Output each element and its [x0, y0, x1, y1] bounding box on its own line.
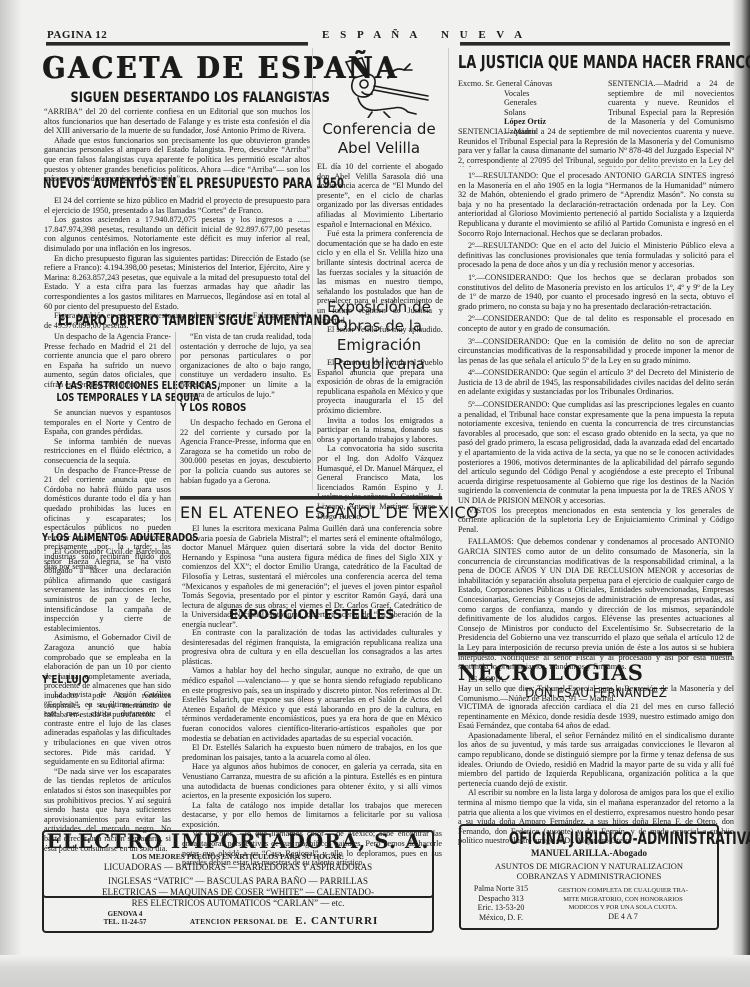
ad-oficina-title: OFICINA JURIDICO-ADMINISTRATIVA	[509, 829, 750, 849]
headline-restricciones: Y LAS RESTRICCIONES ELECTRICAS, LOS TEMP…	[42, 380, 174, 404]
headline-velilla: Conferencia de Abel Velilla	[318, 120, 440, 158]
ad-oficina-title-wrap: OFICINA JURIDICO-ADMINISTRATIVA	[461, 829, 717, 849]
ad-oficina-lawyer: MANUEL ARILLA.-Abogado	[461, 848, 717, 859]
caricature-illustration	[332, 56, 432, 118]
ad-electro-canturri: E. CANTURRI	[295, 915, 378, 927]
ad-oficina-address: Palma Norte 315 Despacho 313 Eric. 13-53…	[467, 884, 535, 922]
page-edge-left	[0, 0, 22, 987]
headline-paro: EL PARO OBRERO TAMBIEN SIGUE AUMENTANDO	[58, 313, 318, 329]
ad-electro-address: GENOVA 4 TEL. 11-24-57	[90, 910, 160, 926]
headline-lujo: Y EL LUJO	[42, 673, 101, 686]
article-robos: Un despacho fechado en Gerona el 22 del …	[180, 418, 311, 485]
necrologias-rule	[458, 652, 732, 656]
header-rule-right	[460, 42, 730, 46]
gaceta-title: GACETA DE ESPAÑA	[42, 51, 312, 86]
column-divider	[175, 332, 176, 522]
column-divider	[448, 48, 449, 818]
ateneo-rule	[180, 496, 442, 500]
headline-desertando: SIGUEN DESERTANDO LOS FALANGISTAS	[42, 89, 310, 107]
headline-justicia: LA JUSTICIA QUE MANDA HACER FRANCO	[458, 52, 738, 73]
headline-ateneo: EN EL ATENEO ESPAÑOL DE MEXICO	[180, 503, 444, 522]
headline-estelles: EXPOSICION ESTELLES	[180, 608, 444, 623]
ad-oficina-juridica: OFICINA JURIDICO-ADMINISTRATIVA MANUEL A…	[459, 824, 719, 930]
article-desertando: “ARRIBA” del 20 del corriente confiesa e…	[44, 107, 310, 184]
headline-necrologias: NECROLOGIAS	[458, 660, 643, 685]
page-number: PAGINA 12	[47, 29, 107, 41]
masthead: E S P A Ñ A N U E V A	[322, 29, 526, 41]
ad-oficina-offer: GESTION COMPLETA DE CUALQUIER TRA- MITE …	[535, 884, 711, 922]
headline-presupuesto: NUEVOS AUMENTOS EN EL PRESUPUESTO PARA 1…	[43, 176, 313, 192]
caricature-drawing-icon	[332, 56, 432, 118]
page-edge-bottom	[0, 955, 750, 987]
column-divider	[312, 48, 313, 490]
subhead-esau-fernandez: DON ESAU FERNANDEZ	[458, 686, 734, 700]
headline-robos: Y LOS ROBOS	[180, 401, 263, 414]
newspaper-page: PAGINA 12 E S P A Ñ A N U E V A GACETA D…	[0, 0, 750, 987]
ad-oficina-bottom: Palma Norte 315 Despacho 313 Eric. 13-53…	[461, 884, 717, 922]
ad-electro-attention: ATENCION PERSONAL DE E. CANTURRI	[190, 911, 378, 929]
article-presupuesto: El 24 del corriente se hizo público en M…	[44, 196, 310, 330]
article-justicia: SENTENCIA.—Madrid a 24 de septiembre de …	[458, 79, 734, 703]
header-rule-left	[46, 42, 308, 46]
ad-oficina-services: ASUNTOS DE MIGRACION Y NATURALIZACION CO…	[461, 861, 717, 881]
